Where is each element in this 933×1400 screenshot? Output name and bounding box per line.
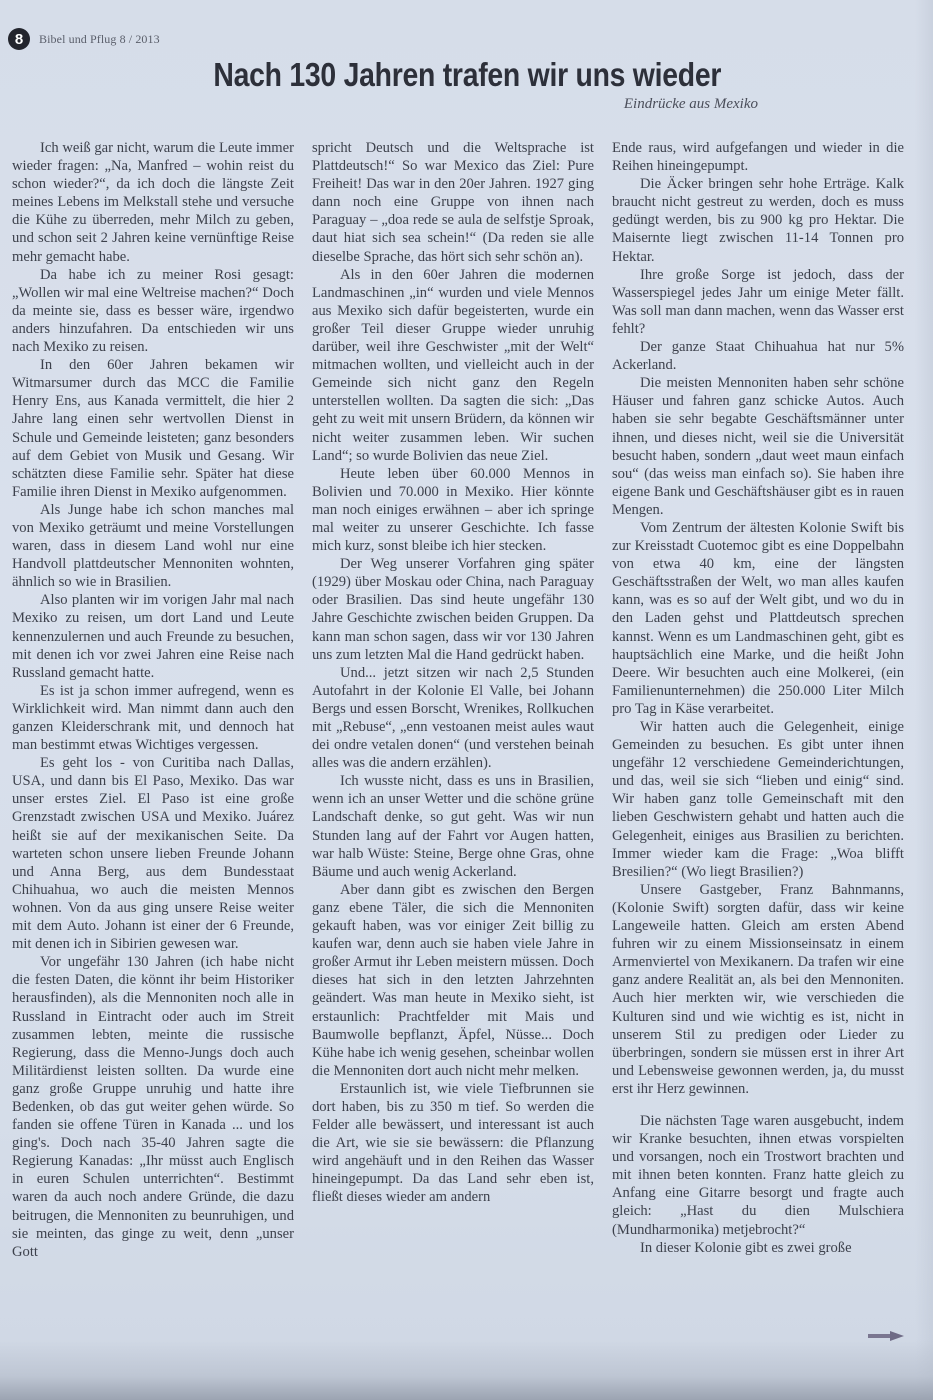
column-1: Ich weiß gar nicht, warum die Leute imme… <box>12 139 294 1261</box>
page-edge-shadow <box>915 0 933 1400</box>
paragraph: Als Junge habe ich schon manches mal von… <box>12 501 294 591</box>
paragraph: Heute leben über 60.000 Mennos in Bolivi… <box>312 465 594 555</box>
paragraph: Aber dann gibt es zwischen den Bergen ga… <box>312 881 594 1080</box>
paragraph: In dieser Kolonie gibt es zwei große <box>612 1239 904 1257</box>
paragraph: Vom Zentrum der ältesten Kolonie Swift b… <box>612 519 904 718</box>
paragraph: Vor ungefähr 130 Jahren (ich habe nicht … <box>12 953 294 1261</box>
article-title: Nach 130 Jahren trafen wir uns wieder <box>66 56 868 94</box>
article-subtitle: Eindrücke aus Mexiko <box>624 96 758 113</box>
page-bottom-shadow <box>0 1340 933 1400</box>
paragraph: spricht Deutsch und die Weltsprache ist … <box>312 139 594 266</box>
running-head: Bibel und Pflug 8 / 2013 <box>39 32 160 47</box>
column-3: Ende raus, wird aufgefangen und wieder i… <box>612 139 904 1261</box>
paragraph: Wir hatten auch die Gelegenheit, einige … <box>612 718 904 881</box>
article-body: Ich weiß gar nicht, warum die Leute imme… <box>12 139 904 1261</box>
paragraph: Ihre große Sorge ist jedoch, dass der Wa… <box>612 266 904 338</box>
paragraph: Erstaunlich ist, wie viele Tiefbrunnen s… <box>312 1080 594 1207</box>
paragraph: Also planten wir im vorigen Jahr mal nac… <box>12 591 294 681</box>
paragraph: Die nächsten Tage waren ausgebucht, inde… <box>612 1112 904 1239</box>
column-2: spricht Deutsch und die Weltsprache ist … <box>312 139 594 1261</box>
paragraph: Da habe ich zu meiner Rosi gesagt: „Woll… <box>12 266 294 356</box>
paragraph: Die Äcker bringen sehr hohe Erträge. Kal… <box>612 175 904 265</box>
paragraph: Der ganze Staat Chihuahua hat nur 5% Ack… <box>612 338 904 374</box>
arrow-right-icon <box>868 1331 904 1341</box>
paragraph: In den 60er Jahren bekamen wir Witmarsum… <box>12 356 294 501</box>
paragraph: Unsere Gastgeber, Franz Bahnmanns, (Kolo… <box>612 881 904 1098</box>
paragraph: Und... jetzt sitzen wir nach 2,5 Stunden… <box>312 664 594 773</box>
paragraph: Die meisten Mennoniten haben sehr schöne… <box>612 374 904 519</box>
page-number-badge: 8 <box>8 28 30 50</box>
paragraph: Es geht los - von Curitiba nach Dallas, … <box>12 754 294 953</box>
paragraph: Ich weiß gar nicht, warum die Leute imme… <box>12 139 294 266</box>
paragraph: Es ist ja schon immer aufregend, wenn es… <box>12 682 294 754</box>
page-header: 8 Bibel und Pflug 8 / 2013 <box>8 28 160 50</box>
paragraph: Der Weg unserer Vorfahren ging später (1… <box>312 555 594 664</box>
paragraph: Ich wusste nicht, dass es uns in Brasili… <box>312 772 594 881</box>
paragraph: Als in den 60er Jahren die modernen Land… <box>312 266 594 465</box>
paragraph: Ende raus, wird aufgefangen und wieder i… <box>612 139 904 175</box>
